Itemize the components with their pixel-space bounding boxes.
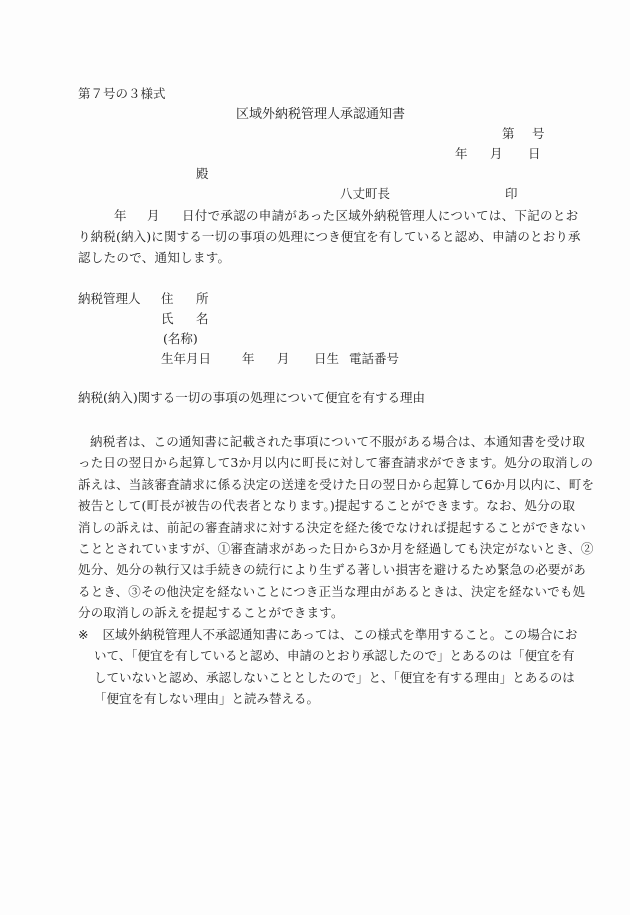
intro-line-3: 認したので、通知します。 bbox=[78, 250, 230, 266]
footnote-line: していないと認め、承認しないこととしたので」と、「便宜を有する理由」とあるのは bbox=[78, 667, 552, 688]
birth-day: 日生 bbox=[314, 351, 339, 367]
name-alt-label: (名称) bbox=[163, 331, 198, 347]
birthdate-label: 生年月日 bbox=[161, 351, 211, 367]
birth-month: 月 bbox=[277, 351, 290, 367]
addressee-suffix: 殿 bbox=[196, 166, 209, 182]
appeal-line: 消しの訴えは、前記の審査請求に対する決定を経た後でなければ提起することができない bbox=[78, 517, 552, 538]
name-label-2: 名 bbox=[196, 311, 209, 327]
reason-heading: 納税(納入)関する一切の事項の処理について便宜を有する理由 bbox=[78, 390, 425, 406]
document-number-prefix: 第 bbox=[502, 126, 515, 142]
footnote-mark: ※ bbox=[78, 627, 88, 642]
issue-date-year: 年 bbox=[455, 146, 468, 162]
footnote-line: いて、「便宜を有していると認め、申請のとおり承認したので」とあるのは「便宜を有 bbox=[78, 645, 552, 666]
address-label-1: 住 bbox=[161, 291, 174, 307]
appeal-line: 納税者は、この通知書に記載された事項について不服がある場合は、本通知書を受け取 bbox=[78, 431, 552, 452]
name-label-1: 氏 bbox=[161, 311, 174, 327]
intro-line-1: 日付で承認の申請があった区域外納税管理人については、下記のとお bbox=[182, 208, 578, 224]
intro-date-month: 月 bbox=[147, 208, 160, 224]
issue-date-month: 月 bbox=[490, 146, 503, 162]
document-number-suffix: 号 bbox=[532, 126, 545, 142]
footnote-line: 「便宜を有しない理由」と読み替える。 bbox=[78, 688, 552, 709]
tax-administrator-label: 納税管理人 bbox=[78, 291, 141, 307]
appeal-line: こととされていますが、①審査請求があった日から3か月を経過しても決定がないとき、… bbox=[78, 538, 552, 559]
appeal-line: った日の翌日から起算して3か月以内に町長に対して審査請求ができます。処分の取消し… bbox=[78, 452, 552, 473]
birth-year: 年 bbox=[242, 351, 255, 367]
appeal-line: るとき、③その他決定を経ないことにつき正当な理由があるときは、決定を経ないでも処 bbox=[78, 581, 552, 602]
footnote-line: ※区域外納税管理人不承認通知書にあっては、この様式を準用すること。この場合にお bbox=[78, 624, 552, 645]
address-label-2: 所 bbox=[196, 291, 209, 307]
appeal-line: 訴えは、当該審査請求に係る決定の送達を受けた日の翌日から起算して6か月以内に、町… bbox=[78, 474, 552, 495]
appeal-line: 処分、処分の執行又は手続きの続行により生ずる著しい損害を避けるため緊急の必要があ bbox=[78, 559, 552, 580]
appeal-notice: 納税者は、この通知書に記載された事項について不服がある場合は、本通知書を受け取 … bbox=[78, 431, 552, 624]
issue-date-day: 日 bbox=[528, 146, 541, 162]
seal-mark: 印 bbox=[505, 186, 518, 202]
document-title: 区域外納税管理人承認通知書 bbox=[236, 107, 405, 123]
issuer-name: 八丈町長 bbox=[340, 186, 390, 202]
appeal-line: 被告として(町長が被告の代表者となります。)提起することができます。なお、処分の… bbox=[78, 495, 552, 516]
form-number: 第７号の３様式 bbox=[78, 86, 166, 102]
appeal-line: 分の取消しの訴えを提起することができます。 bbox=[78, 602, 552, 623]
intro-date-year: 年 bbox=[114, 208, 127, 224]
phone-label: 電話番号 bbox=[349, 351, 399, 367]
footnote-text: 区域外納税管理人不承認通知書にあっては、この様式を準用すること。この場合にお bbox=[102, 627, 577, 642]
intro-line-2: り納税(納入)に関する一切の事項の処理につき便宜を有していると認め、申請のとおり… bbox=[78, 229, 581, 245]
footnote: ※区域外納税管理人不承認通知書にあっては、この様式を準用すること。この場合にお … bbox=[78, 624, 552, 710]
